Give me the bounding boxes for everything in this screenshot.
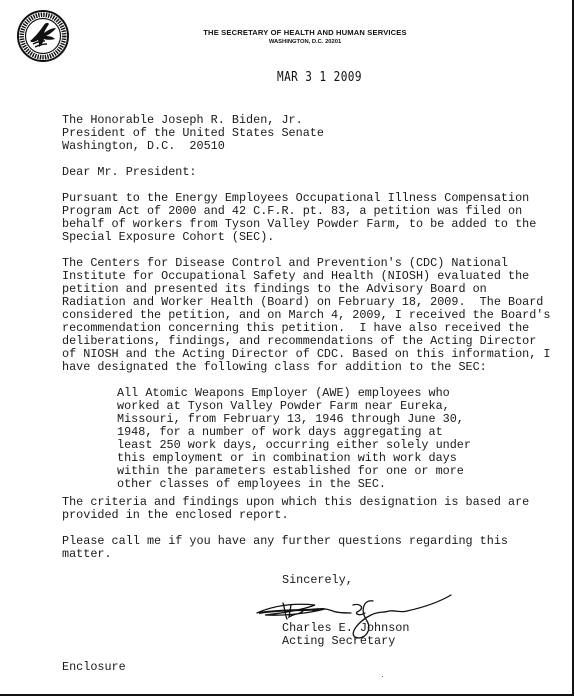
- recipient-line: President of the United States Senate: [62, 126, 324, 140]
- text-line: All Atomic Weapons Employer (AWE) employ…: [117, 386, 450, 400]
- letterhead-title: THE SECRETARY OF HEALTH AND HUMAN SERVIC…: [190, 28, 420, 37]
- text-line: this employment or in combination with w…: [117, 451, 457, 465]
- signer-block: Charles E. Johnson Acting Secretary: [282, 622, 409, 648]
- paragraph-evaluation: The Centers for Disease Control and Prev…: [62, 257, 550, 374]
- text-line: Program Act of 2000 and 42 C.F.R. pt. 83…: [62, 204, 522, 218]
- text-line: petition and presented its findings to t…: [62, 282, 487, 296]
- text-line: Pursuant to the Energy Employees Occupat…: [62, 191, 529, 205]
- text-line: considered the petition, and on March 4,…: [62, 308, 550, 322]
- text-line: recommendation concerning this petition.…: [62, 321, 529, 335]
- letterhead: THE SECRETARY OF HEALTH AND HUMAN SERVIC…: [190, 28, 420, 45]
- paragraph-criteria: The criteria and findings upon which thi…: [62, 496, 529, 522]
- text-line: have designated the following class for …: [62, 360, 487, 374]
- enclosure-note: Enclosure: [62, 661, 126, 674]
- letterhead-address: WASHINGTON, D.C. 20201: [190, 39, 420, 45]
- recipient-address: The Honorable Joseph R. Biden, Jr. Presi…: [62, 114, 324, 153]
- text-line: Radiation and Worker Health (Board) on F…: [62, 295, 543, 309]
- closing: Sincerely,: [282, 574, 353, 587]
- text-line: other classes of employees in the SEC.: [117, 477, 386, 491]
- text-line: least 250 work days, occurring either so…: [117, 438, 471, 452]
- hhs-eagle-seal-icon: [17, 10, 69, 62]
- text-line: provided in the enclosed report.: [62, 508, 289, 522]
- text-line: within the parameters established for on…: [117, 464, 464, 478]
- scan-speck: [382, 676, 383, 677]
- text-line: Special Exposure Cohort (SEC).: [62, 230, 274, 244]
- text-line: matter.: [62, 547, 112, 561]
- text-line: The Centers for Disease Control and Prev…: [62, 256, 508, 270]
- paragraph-petition: Pursuant to the Energy Employees Occupat…: [62, 192, 536, 244]
- paragraph-contact: Please call me if you have any further q…: [62, 535, 508, 561]
- text-line: Missouri, from February 13, 1946 through…: [117, 412, 464, 426]
- recipient-line: The Honorable Joseph R. Biden, Jr.: [62, 113, 303, 127]
- text-line: Please call me if you have any further q…: [62, 534, 508, 548]
- text-line: deliberations, findings, and recommendat…: [62, 334, 536, 348]
- signer-name: Charles E. Johnson: [282, 621, 409, 635]
- date-stamp: MAR 3 1 2009: [277, 70, 362, 85]
- text-line: of NIOSH and the Acting Director of CDC.…: [62, 347, 550, 361]
- signer-title: Acting Secretary: [282, 634, 395, 648]
- designated-class-block: All Atomic Weapons Employer (AWE) employ…: [117, 387, 471, 491]
- text-line: Institute for Occupational Safety and He…: [62, 269, 529, 283]
- salutation: Dear Mr. President:: [62, 166, 197, 179]
- text-line: 1948, for a number of work days aggregat…: [117, 425, 443, 439]
- text-line: The criteria and findings upon which thi…: [62, 495, 529, 509]
- text-line: worked at Tyson Valley Powder Farm near …: [117, 399, 450, 413]
- recipient-line: Washington, D.C. 20510: [62, 139, 225, 153]
- text-line: behalf of workers from Tyson Valley Powd…: [62, 217, 536, 231]
